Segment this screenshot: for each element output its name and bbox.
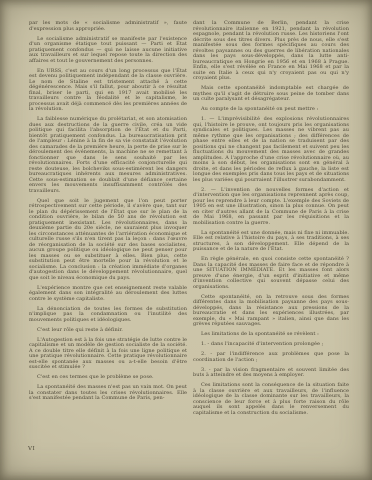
paragraph: C'est en ces termes que le problème se p… bbox=[29, 375, 187, 381]
paragraph: Au compte de la spontanéité on peut mett… bbox=[193, 107, 349, 113]
paragraph: Cette spontanéité, on la retrouve sous d… bbox=[193, 295, 349, 328]
paragraph: 2. — L'invention de nouvelles formes d'a… bbox=[193, 188, 349, 227]
text-column-left: par les mots de « socialisme administrat… bbox=[29, 21, 187, 406]
paragraph: Le socialisme administratif se manifeste… bbox=[29, 37, 187, 65]
paragraph: Mais cette spontanéité indomptable est c… bbox=[193, 86, 349, 103]
paragraph: L'expérience montre que cet enseignement… bbox=[29, 286, 187, 303]
paragraph: 1. — L'imprévisibilité des explosions ré… bbox=[193, 117, 349, 183]
paragraph: Ces limitations sont la conséquence de l… bbox=[193, 383, 349, 416]
paragraph: Les limitations de la spontanéité se rév… bbox=[193, 332, 349, 338]
paragraph: 2. - par l'indifférence aux problèmes qu… bbox=[193, 352, 349, 363]
paragraph: La spontanéité est une donnée, mais ni f… bbox=[193, 231, 349, 253]
scanned-page: par les mots de « socialisme administrat… bbox=[0, 0, 372, 480]
paragraph: dant la Commune de Berlin, pendant la cr… bbox=[193, 21, 349, 82]
paragraph: par les mots de « socialisme administrat… bbox=[29, 21, 187, 32]
paragraph: Quel que soit le jugement que l'on peut … bbox=[29, 199, 187, 282]
paragraph: La dénonciation de toutes les formes de … bbox=[29, 307, 187, 324]
paragraph: La spontanéité des masses n'est pas un v… bbox=[29, 385, 187, 402]
paragraph: 1. - dans l'incapacité d'intervention pr… bbox=[193, 342, 349, 348]
paragraph: En URSS, c'est au cours d'un long proces… bbox=[29, 69, 187, 113]
paragraph: L'Autogestion est à la fois une stratégi… bbox=[29, 338, 187, 371]
paragraph: La faiblesse numérique du prolétariat, e… bbox=[29, 117, 187, 194]
paragraph: 3. - par la vision fragmentaire et souve… bbox=[193, 368, 349, 379]
page-number: VI bbox=[28, 446, 35, 452]
paragraph: C'est leur rôle qui reste à définir. bbox=[29, 328, 187, 334]
paragraph: En règle générale, en quoi consiste cett… bbox=[193, 257, 349, 290]
text-column-right: dant la Commune de Berlin, pendant la cr… bbox=[193, 21, 349, 421]
